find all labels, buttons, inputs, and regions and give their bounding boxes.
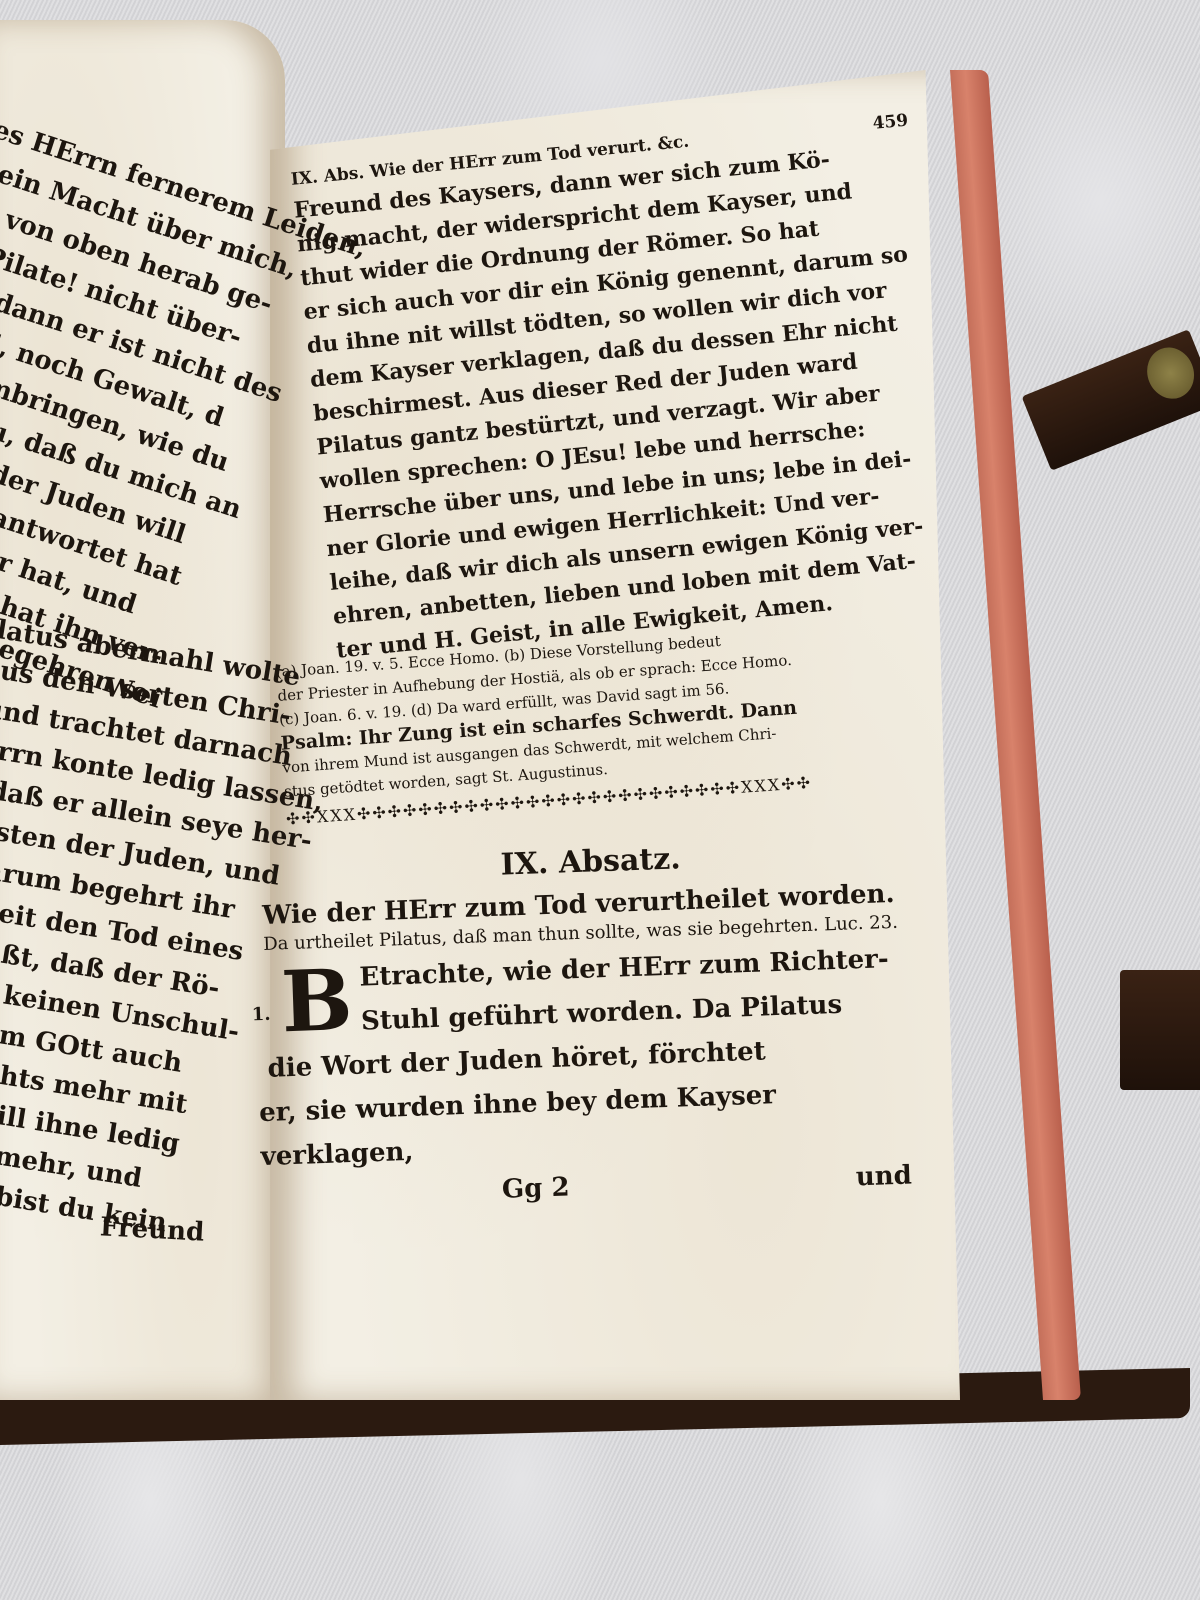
- book-clasp-bottom: [1120, 970, 1200, 1090]
- signature-mark: Gg 2: [501, 1172, 570, 1204]
- book-clasp-top: [1022, 329, 1200, 471]
- brass-fitting: [1140, 340, 1200, 405]
- right-catchword: und: [855, 1160, 912, 1192]
- right-page-text: IX. Abs. Wie der HErr zum Tod verurt. &c…: [290, 111, 955, 668]
- page-number: 459: [872, 111, 909, 134]
- paragraph: 1. B Etrachte, wie der HErr zum Richter-…: [264, 936, 931, 1179]
- drop-cap: B: [280, 960, 354, 1042]
- paragraph-number: 1.: [251, 993, 271, 1038]
- left-catchword: Freund: [99, 1212, 205, 1247]
- red-page-edges: [950, 70, 1081, 1400]
- section-block: IX. Absatz. Wie der HErr zum Tod verurth…: [260, 827, 932, 1213]
